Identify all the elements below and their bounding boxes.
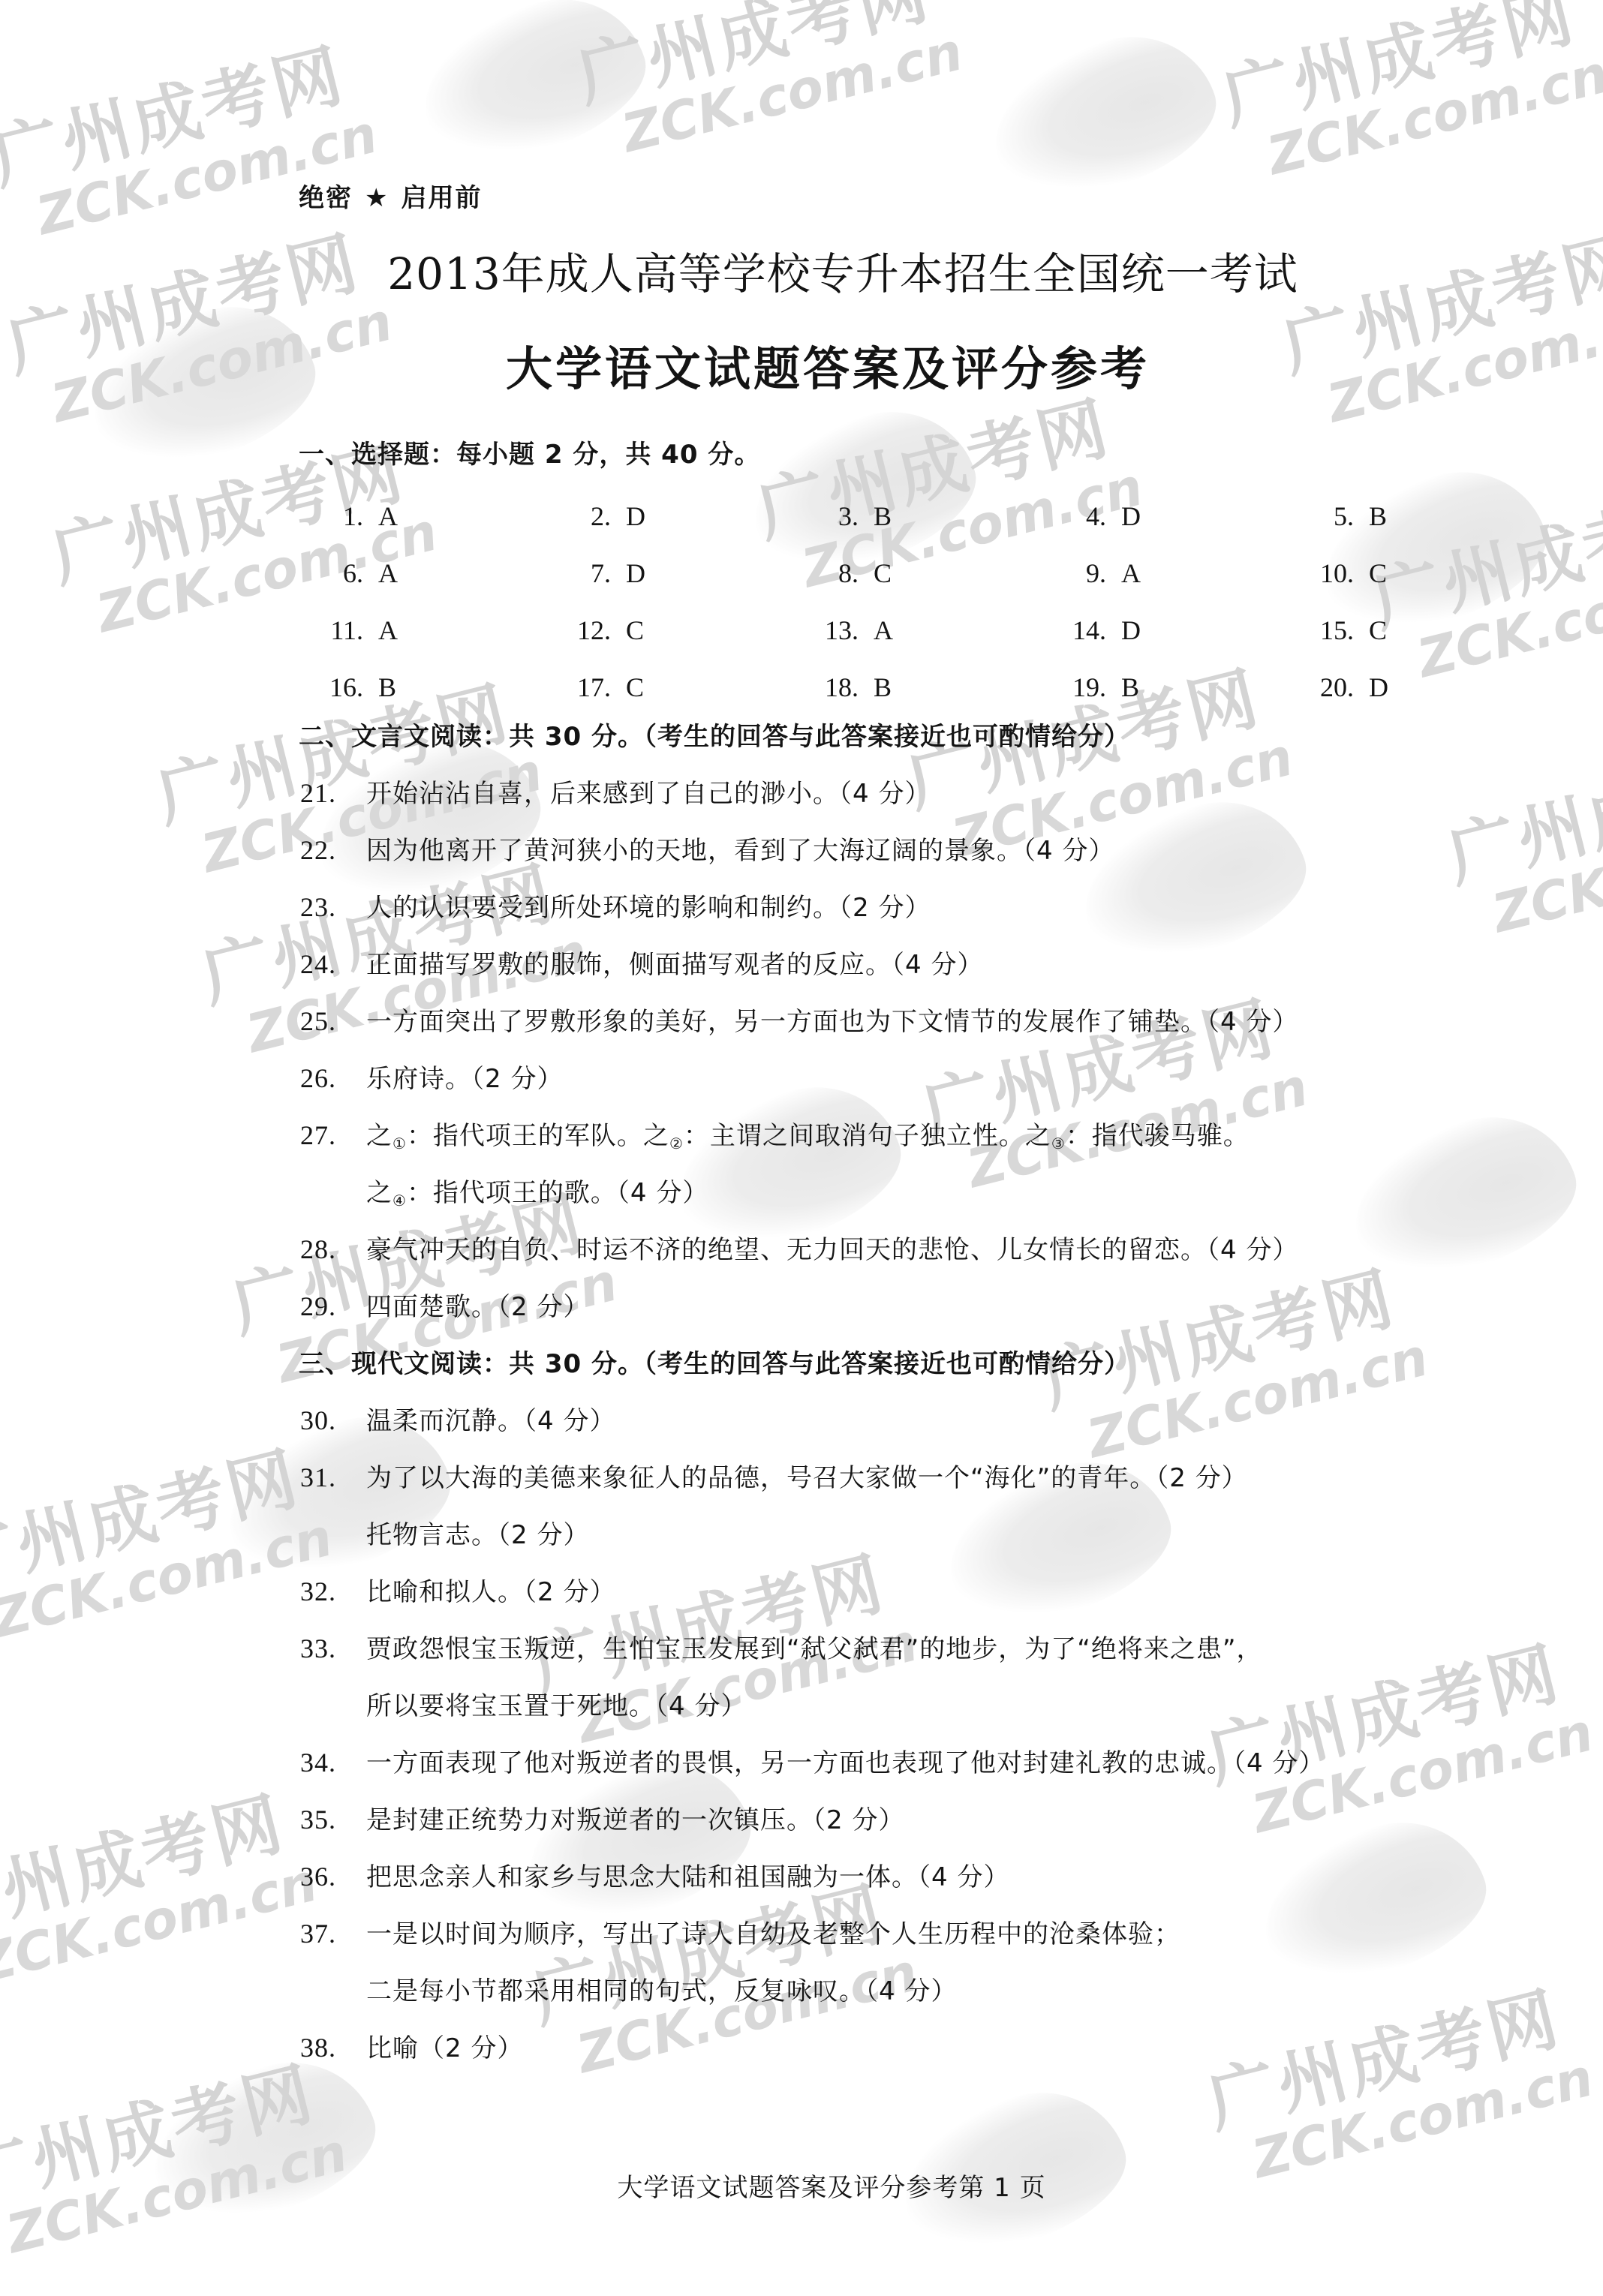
answer-row: 6.A 7.D 8.C 9.A 10.C [300, 545, 1426, 602]
answer-cell: 17.C [548, 672, 795, 703]
answer-item-33-continued: 所以要将宝玉置于死地。（4 分） [366, 1685, 747, 1722]
answer-cell: 16.B [300, 672, 548, 703]
classification-text: 绝密 [299, 183, 353, 213]
answer-item-21: 21.开始沾沾自喜，后来感到了自己的渺小。（4 分） [300, 773, 931, 810]
answer-item-36: 36.把思念亲人和家乡与思念大陆和祖国融为一体。（4 分） [300, 1856, 1009, 1893]
answer-item-26: 26.乐府诗。（2 分） [300, 1058, 563, 1095]
answer-cell: 10.C [1291, 557, 1538, 589]
answer-cell: 14.D [1043, 615, 1291, 646]
answer-cell: 13.A [795, 615, 1043, 646]
document-page: 绝密★启用前 2013年成人高等学校专升本招生全国统一考试 大学语文试题答案及评… [0, 0, 1603, 2296]
exam-title: 2013年成人高等学校专升本招生全国统一考试 [0, 239, 1603, 302]
page-footer: 大学语文试题答案及评分参考第 1 页 [0, 2167, 1603, 2204]
answer-item-25: 25.一方面突出了罗敷形象的美好，另一方面也为下文情节的发展作了铺垫。（4 分） [300, 1001, 1298, 1038]
answer-item-22: 22.因为他离开了黄河狭小的天地，看到了大海辽阔的景象。（4 分） [300, 830, 1114, 867]
answer-item-31-continued: 托物言志。（2 分） [366, 1514, 589, 1551]
answer-item-37: 37.一是以时间为顺序，写出了诗人自幼及老整个人生历程中的沧桑体验； [300, 1913, 1180, 1950]
answer-item-31: 31.为了以大海的美德来象征人的品德，号召大家做一个“海化”的青年。（2 分） [300, 1457, 1248, 1494]
answer-item-29: 29.四面楚歌。（2 分） [300, 1286, 589, 1323]
answer-item-34: 34.一方面表现了他对叛逆者的畏惧，另一方面也表现了他对封建礼教的忠诚。（4 分… [300, 1742, 1325, 1779]
answer-item-38: 38.比喻（2 分） [300, 2027, 523, 2064]
section-heading-classical-reading: 二、文言文阅读：共 30 分。（考生的回答与此答案接近也可酌情给分） [299, 716, 1130, 753]
section-heading-multiple-choice: 一、选择题：每小题 2 分，共 40 分。 [299, 434, 760, 470]
answer-item-37-continued: 二是每小节都采用相同的句式，反复咏叹。（4 分） [366, 1970, 957, 2007]
answer-item-23: 23.人的认识要受到所处环境的影响和制约。（2 分） [300, 887, 931, 924]
answer-row: 1.A 2.D 3.B 4.D 5.B [300, 488, 1426, 545]
answer-cell: 7.D [548, 557, 795, 589]
multiple-choice-answer-grid: 1.A 2.D 3.B 4.D 5.B 6.A 7.D 8.C 9.A 10.C… [300, 488, 1426, 716]
answer-item-30: 30.温柔而沉静。（4 分） [300, 1400, 615, 1437]
answer-cell: 8.C [795, 557, 1043, 589]
answer-cell: 2.D [548, 500, 795, 532]
answer-item-27-continued: 之④：指代项王的歌。（4 分） [366, 1172, 708, 1210]
answer-cell: 3.B [795, 500, 1043, 532]
star-icon: ★ [365, 183, 389, 213]
answer-item-27: 27.之①：指代项王的军队。之②：主谓之间取消句子独立性。之③：指代骏马骓。 [300, 1115, 1250, 1153]
answer-cell: 4.D [1043, 500, 1291, 532]
answer-cell: 1.A [300, 500, 548, 532]
answer-item-24: 24.正面描写罗敷的服饰，侧面描写观者的反应。（4 分） [300, 944, 983, 981]
answer-cell: 9.A [1043, 557, 1291, 589]
answer-row: 16.B 17.C 18.B 19.B 20.D [300, 659, 1426, 716]
answer-cell: 15.C [1291, 615, 1538, 646]
release-status-text: 启用前 [401, 183, 482, 213]
answer-cell: 20.D [1291, 672, 1538, 703]
answer-cell: 6.A [300, 557, 548, 589]
answer-cell: 5.B [1291, 500, 1538, 532]
document-title: 大学语文试题答案及评分参考 [0, 332, 1603, 398]
answer-item-32: 32.比喻和拟人。（2 分） [300, 1571, 615, 1608]
answer-cell: 11.A [300, 615, 548, 646]
answer-row: 11.A 12.C 13.A 14.D 15.C [300, 602, 1426, 659]
answer-item-33: 33.贾政怨恨宝玉叛逆，生怕宝玉发展到“弑父弑君”的地步，为了“绝将来之患”， [300, 1628, 1262, 1665]
classification-label: 绝密★启用前 [299, 177, 482, 214]
answer-item-35: 35.是封建正统势力对叛逆者的一次镇压。（2 分） [300, 1799, 904, 1836]
answer-cell: 18.B [795, 672, 1043, 703]
answer-cell: 19.B [1043, 672, 1291, 703]
section-heading-modern-reading: 三、现代文阅读：共 30 分。（考生的回答与此答案接近也可酌情给分） [299, 1343, 1130, 1380]
answer-item-28: 28.豪气冲天的自负、时运不济的绝望、无力回天的悲怆、儿女情长的留恋。（4 分） [300, 1229, 1298, 1266]
answer-cell: 12.C [548, 615, 795, 646]
